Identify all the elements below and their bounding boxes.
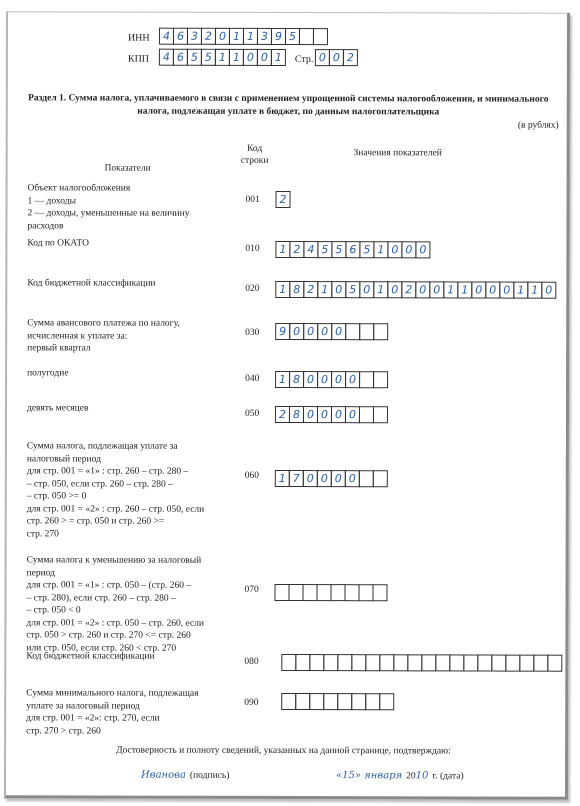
row-value-field-050[interactable]: 280000 bbox=[275, 406, 388, 423]
row-080-cell[interactable] bbox=[519, 655, 534, 672]
row-080-cell[interactable] bbox=[547, 655, 562, 672]
row-050-cell[interactable] bbox=[359, 406, 374, 423]
row-value-field-001[interactable]: 2 bbox=[276, 191, 291, 208]
row-label-020: Код бюджетной классификации bbox=[27, 277, 227, 290]
column-header-code: Код строки bbox=[230, 143, 280, 167]
row-label-line: – стр. 050 < 0 bbox=[26, 604, 226, 617]
inn-cell[interactable]: 0 bbox=[215, 28, 230, 45]
inn-field[interactable]: 4632011395 bbox=[159, 28, 328, 45]
row-label-090: Сумма минимального налога, подлежащаяупл… bbox=[26, 687, 226, 738]
row-label-040: полугодие bbox=[27, 367, 227, 380]
row-020-cell[interactable]: 5 bbox=[345, 281, 360, 298]
row-code-010: 010 bbox=[245, 244, 259, 254]
date-day-month[interactable]: «15» января bbox=[336, 770, 402, 781]
row-080-cell[interactable] bbox=[365, 654, 380, 671]
row-010-cell[interactable]: 1 bbox=[373, 241, 388, 258]
row-label-line: для стр. 001 = «2»: стр. 270, если bbox=[26, 712, 226, 725]
row-label-line: налоговый период bbox=[27, 453, 227, 466]
row-050-cell[interactable]: 2 bbox=[275, 406, 290, 423]
row-label-001: Объект налогообложения1 — доходы2 — дохо… bbox=[27, 182, 227, 233]
row-label-line: – стр. 050, если стр. 260 – стр. 280 – bbox=[27, 478, 227, 491]
row-020-cell[interactable]: 2 bbox=[401, 281, 416, 298]
row-070-cell[interactable] bbox=[302, 584, 317, 601]
row-value-field-060[interactable]: 170000 bbox=[275, 470, 388, 487]
inn-cell[interactable]: 5 bbox=[285, 28, 300, 45]
kpp-cell[interactable]: 1 bbox=[215, 49, 230, 66]
row-020-cell[interactable]: 1 bbox=[513, 282, 528, 299]
row-060-cell[interactable]: 7 bbox=[289, 470, 304, 487]
row-080-cell[interactable] bbox=[505, 655, 520, 672]
inn-cell[interactable] bbox=[313, 28, 328, 45]
kpp-cell[interactable]: 0 bbox=[243, 49, 258, 66]
row-code-001: 001 bbox=[246, 195, 260, 205]
date-year-prefix: 20 bbox=[406, 771, 416, 781]
row-080-cell[interactable] bbox=[533, 655, 548, 672]
row-010-cell[interactable]: 0 bbox=[401, 241, 416, 258]
column-header-code-line-2: строки bbox=[230, 155, 280, 167]
inn-cell[interactable]: 9 bbox=[271, 28, 286, 45]
row-080-cell[interactable] bbox=[449, 654, 464, 671]
row-code-060: 060 bbox=[245, 471, 259, 481]
row-label-line: стр. 270 bbox=[27, 528, 227, 541]
inn-cell[interactable]: 3 bbox=[257, 28, 272, 45]
row-040-cell[interactable]: 0 bbox=[345, 371, 360, 388]
row-label-line: исчисленная к уплате за: bbox=[27, 330, 227, 343]
row-code-020: 020 bbox=[245, 284, 259, 294]
row-code-030: 030 bbox=[245, 328, 259, 338]
row-010-cell[interactable]: 6 bbox=[345, 241, 360, 258]
row-label-line: 2 — доходы, уменьшенные на величину bbox=[27, 207, 227, 220]
row-030-cell[interactable] bbox=[345, 323, 360, 340]
row-050-cell[interactable]: 0 bbox=[331, 406, 346, 423]
row-code-050: 050 bbox=[245, 409, 259, 419]
inn-cell[interactable]: 4 bbox=[159, 28, 174, 45]
row-label-line: для стр. 001 = «1» : стр. 050 – (стр. 26… bbox=[27, 579, 227, 592]
kpp-cell[interactable]: 5 bbox=[201, 49, 216, 66]
row-020-cell[interactable]: 8 bbox=[289, 281, 304, 298]
row-070-cell[interactable] bbox=[344, 584, 359, 601]
inn-cell[interactable]: 6 bbox=[173, 28, 188, 45]
row-020-cell[interactable]: 0 bbox=[387, 281, 402, 298]
row-090-cell[interactable] bbox=[379, 693, 394, 710]
row-090-cell[interactable] bbox=[281, 693, 296, 710]
row-020-cell[interactable]: 1 bbox=[443, 281, 458, 298]
row-label-line: стр. 050 > стр. 260 и стр. 270 <= стр. 2… bbox=[26, 629, 226, 642]
row-010-cell[interactable]: 5 bbox=[331, 241, 346, 258]
row-070-cell[interactable] bbox=[372, 584, 387, 601]
tax-form-page: ИНН 4632011395 КПП 465511001 Стр. 002 Ра… bbox=[4, 11, 570, 799]
row-080-cell[interactable] bbox=[323, 654, 338, 671]
row-label-050: девять месяцев bbox=[27, 402, 227, 415]
row-060-cell[interactable] bbox=[359, 470, 374, 487]
row-060-cell[interactable]: 0 bbox=[345, 470, 360, 487]
row-040-cell[interactable]: 0 bbox=[331, 371, 346, 388]
row-label-line: Код бюджетной классификации bbox=[26, 650, 226, 663]
row-label-line: стр. 260 > = стр. 050 и стр. 260 >= bbox=[27, 515, 227, 528]
row-080-cell[interactable] bbox=[309, 654, 324, 671]
date-block: «15» января 2010 г. (дата) bbox=[336, 765, 464, 783]
row-050-cell[interactable] bbox=[373, 406, 388, 423]
row-020-cell[interactable]: 0 bbox=[499, 282, 514, 299]
row-010-cell[interactable]: 1 bbox=[275, 241, 290, 258]
row-030-cell[interactable]: 0 bbox=[317, 323, 332, 340]
row-label-line: – стр. 050 >= 0 bbox=[27, 490, 227, 503]
section-title: Раздел 1. Сумма налога, уплачиваемого в … bbox=[16, 92, 561, 119]
row-070-cell[interactable] bbox=[358, 584, 373, 601]
row-040-cell[interactable]: 0 bbox=[317, 371, 332, 388]
page-number-field[interactable]: 002 bbox=[315, 49, 358, 66]
row-label-line: Сумма минимального налога, подлежащая bbox=[26, 687, 226, 700]
row-001-cell[interactable]: 2 bbox=[276, 191, 291, 208]
row-020-cell[interactable]: 2 bbox=[303, 281, 318, 298]
row-010-cell[interactable]: 2 bbox=[289, 241, 304, 258]
row-040-cell[interactable]: 0 bbox=[303, 371, 318, 388]
signature-label: (подпись) bbox=[190, 771, 229, 781]
row-090-cell[interactable] bbox=[323, 693, 338, 710]
inn-cell[interactable]: 1 bbox=[243, 28, 258, 45]
page-number-cell[interactable]: 2 bbox=[343, 49, 358, 66]
row-070-cell[interactable] bbox=[316, 584, 331, 601]
row-label-line: 1 — доходы bbox=[28, 195, 228, 208]
inn-cell[interactable] bbox=[299, 28, 314, 45]
row-label-line: стр. 270 > стр. 260 bbox=[26, 725, 226, 738]
row-value-field-020[interactable]: 18210501020011000110 bbox=[275, 281, 556, 299]
inn-cell[interactable]: 3 bbox=[187, 28, 202, 45]
row-040-cell[interactable] bbox=[359, 371, 374, 388]
row-label-060: Сумма налога, подлежащая уплате заналого… bbox=[27, 440, 227, 541]
kpp-cell[interactable]: 0 bbox=[257, 49, 272, 66]
column-header-values: Значения показателей bbox=[328, 147, 468, 159]
row-080-cell[interactable] bbox=[281, 654, 296, 671]
row-value-field-080[interactable] bbox=[281, 654, 562, 672]
page-number-cell[interactable]: 0 bbox=[315, 49, 330, 66]
row-value-field-010[interactable]: 12455651000 bbox=[275, 241, 430, 258]
row-value-field-070[interactable] bbox=[274, 584, 387, 601]
row-code-070: 070 bbox=[245, 585, 259, 595]
row-label-line: Код по ОКАТО bbox=[27, 237, 227, 250]
units-label: (в рублях) bbox=[518, 120, 559, 133]
confirmation-text: Достоверность и полноту сведений, указан… bbox=[116, 745, 451, 758]
date-year[interactable]: 10 bbox=[416, 770, 429, 781]
row-value-field-090[interactable] bbox=[281, 693, 394, 710]
inn-cell[interactable]: 2 bbox=[201, 28, 216, 45]
row-080-cell[interactable] bbox=[477, 654, 492, 671]
row-code-080: 080 bbox=[244, 657, 258, 667]
signature-block: Иванова (подпись) bbox=[141, 765, 229, 783]
row-label-010: Код по ОКАТО bbox=[27, 237, 227, 250]
row-value-field-030[interactable]: 90000 bbox=[275, 323, 388, 340]
kpp-cell[interactable]: 5 bbox=[187, 49, 202, 66]
row-label-line: девять месяцев bbox=[27, 402, 227, 415]
row-020-cell[interactable]: 0 bbox=[359, 281, 374, 298]
row-020-cell[interactable]: 0 bbox=[415, 281, 430, 298]
row-040-cell[interactable]: 8 bbox=[289, 371, 304, 388]
row-080-cell[interactable] bbox=[435, 654, 450, 671]
row-label-line: Код бюджетной классификации bbox=[27, 277, 227, 290]
row-label-line: для стр. 001 = «1» : стр. 260 – стр. 280… bbox=[27, 465, 227, 478]
row-080-cell[interactable] bbox=[351, 654, 366, 671]
row-020-cell[interactable]: 0 bbox=[485, 282, 500, 299]
page-number-label: Стр. bbox=[295, 54, 314, 67]
row-020-cell[interactable]: 1 bbox=[457, 281, 472, 298]
date-label: г. (дата) bbox=[432, 771, 463, 781]
row-020-cell[interactable]: 1 bbox=[275, 281, 290, 298]
row-label-line: расходов bbox=[27, 220, 227, 233]
row-050-cell[interactable]: 0 bbox=[303, 406, 318, 423]
signature[interactable]: Иванова bbox=[141, 770, 186, 781]
row-050-cell[interactable]: 0 bbox=[345, 406, 360, 423]
row-value-field-040[interactable]: 180000 bbox=[275, 371, 388, 388]
row-080-cell[interactable] bbox=[379, 654, 394, 671]
column-header-indicators: Показатели bbox=[68, 162, 188, 174]
row-090-cell[interactable] bbox=[337, 693, 352, 710]
section-title-line-2: налога, подлежащая уплате в бюджет, по д… bbox=[16, 105, 561, 119]
row-080-cell[interactable] bbox=[393, 654, 408, 671]
row-060-cell[interactable]: 0 bbox=[331, 470, 346, 487]
section-title-line-1: Раздел 1. Сумма налога, уплачиваемого в … bbox=[16, 92, 561, 106]
kpp-cell[interactable]: 1 bbox=[271, 49, 286, 66]
inn-cell[interactable]: 1 bbox=[229, 28, 244, 45]
row-030-cell[interactable]: 0 bbox=[289, 323, 304, 340]
row-070-cell[interactable] bbox=[288, 584, 303, 601]
row-080-cell[interactable] bbox=[295, 654, 310, 671]
row-label-line: Объект налогообложения bbox=[28, 182, 228, 195]
row-020-cell[interactable]: 1 bbox=[317, 281, 332, 298]
kpp-cell[interactable]: 6 bbox=[173, 49, 188, 66]
row-090-cell[interactable] bbox=[295, 693, 310, 710]
row-060-cell[interactable]: 1 bbox=[275, 470, 290, 487]
row-040-cell[interactable] bbox=[373, 371, 388, 388]
row-label-070: Сумма налога к уменьшению за налоговыйпе… bbox=[26, 554, 226, 655]
row-060-cell[interactable] bbox=[373, 470, 388, 487]
row-040-cell[interactable]: 1 bbox=[275, 371, 290, 388]
row-label-030: Сумма авансового платежа по налогу,исчис… bbox=[27, 317, 227, 355]
row-code-040: 040 bbox=[245, 374, 259, 384]
row-label-line: Сумма авансового платежа по налогу, bbox=[27, 317, 227, 330]
row-010-cell[interactable]: 0 bbox=[415, 241, 430, 258]
row-090-cell[interactable] bbox=[309, 693, 324, 710]
row-070-cell[interactable] bbox=[274, 584, 289, 601]
row-010-cell[interactable]: 4 bbox=[303, 241, 318, 258]
row-050-cell[interactable]: 0 bbox=[317, 406, 332, 423]
page-number-cell[interactable]: 0 bbox=[329, 49, 344, 66]
row-code-090: 090 bbox=[244, 698, 258, 708]
row-020-cell[interactable]: 0 bbox=[331, 281, 346, 298]
row-080-cell[interactable] bbox=[463, 654, 478, 671]
row-label-line: Сумма налога к уменьшению за налоговый bbox=[27, 554, 227, 567]
row-020-cell[interactable]: 0 bbox=[429, 281, 444, 298]
row-080-cell[interactable] bbox=[337, 654, 352, 671]
row-label-line: для стр. 001 = «2» : стр. 050 – стр. 260… bbox=[26, 617, 226, 630]
row-010-cell[interactable]: 0 bbox=[387, 241, 402, 258]
row-label-080: Код бюджетной классификации bbox=[26, 650, 226, 663]
row-label-line: Сумма налога, подлежащая уплате за bbox=[27, 440, 227, 453]
row-label-line: период bbox=[27, 567, 227, 580]
kpp-label: КПП bbox=[128, 54, 149, 67]
row-030-cell[interactable] bbox=[359, 323, 374, 340]
row-090-cell[interactable] bbox=[365, 693, 380, 710]
row-010-cell[interactable]: 5 bbox=[317, 241, 332, 258]
row-050-cell[interactable]: 8 bbox=[289, 406, 304, 423]
row-020-cell[interactable]: 0 bbox=[471, 281, 486, 298]
inn-label: ИНН bbox=[128, 33, 150, 46]
row-020-cell[interactable]: 0 bbox=[541, 282, 556, 299]
row-label-line: уплате за налоговый период bbox=[26, 700, 226, 713]
kpp-cell[interactable]: 1 bbox=[229, 49, 244, 66]
row-label-line: первый квартал bbox=[27, 342, 227, 355]
row-070-cell[interactable] bbox=[330, 584, 345, 601]
row-020-cell[interactable]: 1 bbox=[527, 282, 542, 299]
row-010-cell[interactable]: 5 bbox=[359, 241, 374, 258]
row-label-line: полугодие bbox=[27, 367, 227, 380]
column-header-code-line-1: Код bbox=[230, 143, 280, 155]
row-060-cell[interactable]: 0 bbox=[317, 470, 332, 487]
kpp-cell[interactable]: 4 bbox=[159, 49, 174, 66]
kpp-field[interactable]: 465511001 bbox=[159, 49, 286, 66]
row-030-cell[interactable]: 0 bbox=[303, 323, 318, 340]
row-030-cell[interactable]: 9 bbox=[275, 323, 290, 340]
row-030-cell[interactable] bbox=[373, 323, 388, 340]
row-080-cell[interactable] bbox=[421, 654, 436, 671]
row-080-cell[interactable] bbox=[491, 655, 506, 672]
row-label-line: для стр. 001 = «2» : стр. 260 – стр. 050… bbox=[27, 503, 227, 516]
row-090-cell[interactable] bbox=[351, 693, 366, 710]
row-030-cell[interactable]: 0 bbox=[331, 323, 346, 340]
row-label-line: – стр. 280), если стр. 260 – стр. 280 – bbox=[26, 592, 226, 605]
row-020-cell[interactable]: 1 bbox=[373, 281, 388, 298]
row-080-cell[interactable] bbox=[407, 654, 422, 671]
row-060-cell[interactable]: 0 bbox=[303, 470, 318, 487]
